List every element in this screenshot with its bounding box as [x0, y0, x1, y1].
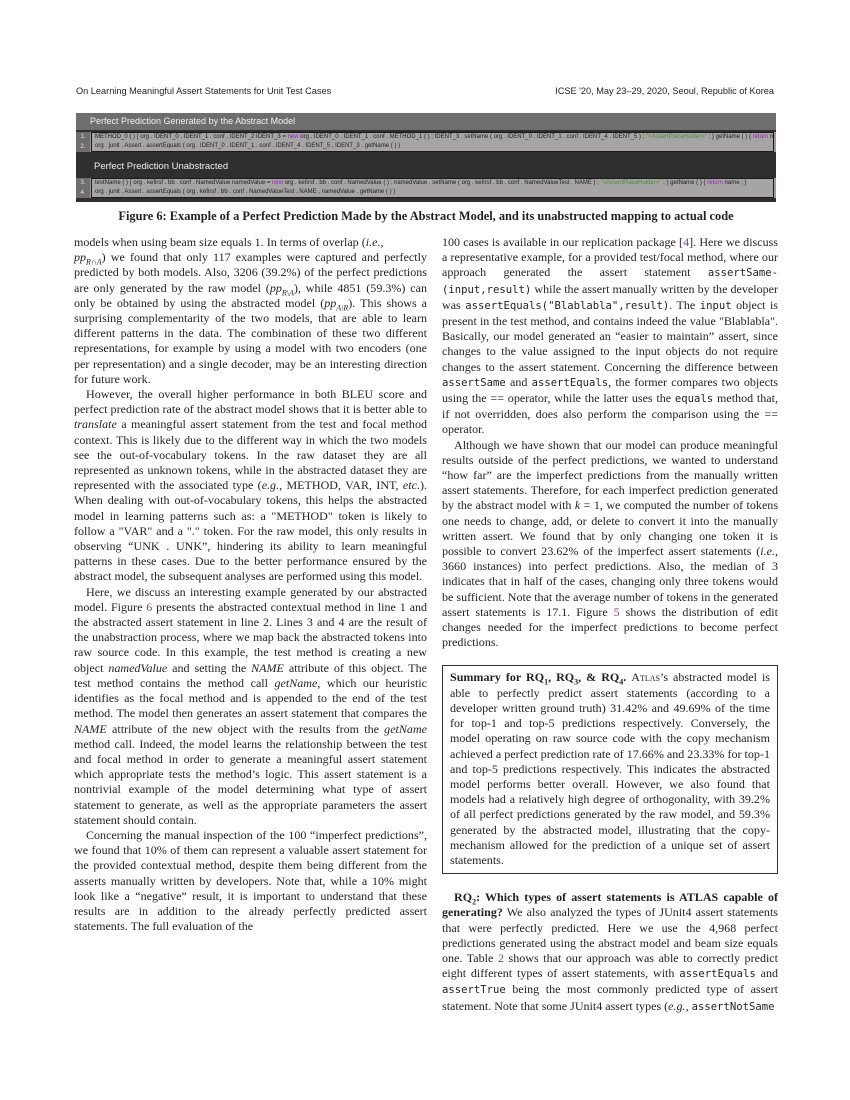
code-area: METHOD_0 ( ) { org . IDENT_0 . IDENT_1 .… — [91, 132, 774, 152]
string-literal: "<AssertPlaceHolder>" — [601, 180, 662, 186]
left-column: models when using beam size equals 1. In… — [74, 235, 427, 934]
figure-section-abstract-title: Perfect Prediction Generated by the Abst… — [76, 113, 776, 130]
paragraph: However, the overall higher performance … — [74, 387, 427, 585]
figure-section-unabstracted-title: Perfect Prediction Unabstracted — [76, 158, 776, 176]
line-number: 4. — [76, 188, 90, 198]
string-literal: "<AssertPlaceHolder>" — [646, 134, 707, 140]
summary-text: Summary for RQ1, RQ3, & RQ4. Atlas’s abs… — [450, 670, 770, 868]
code-line-3: testName ( ) { org . kefirsf . bb . conf… — [92, 179, 773, 188]
summary-title: Summary for RQ1, RQ3, & RQ4. — [450, 670, 626, 684]
keyword-return: return — [753, 134, 769, 140]
running-header: On Learning Meaningful Assert Statements… — [76, 86, 774, 96]
keyword-new: new — [272, 180, 283, 186]
line-number: 1. — [76, 132, 90, 142]
paragraph: 100 cases is available in our replicatio… — [442, 235, 778, 438]
paragraph: RQ2: Which types of assert statements is… — [442, 890, 778, 1015]
keyword-return: return — [707, 180, 723, 186]
line-number: 2. — [76, 142, 90, 152]
summary-box: Summary for RQ1, RQ3, & RQ4. Atlas’s abs… — [442, 665, 778, 874]
code-line-4: org . junit . Assert . assertEquals ( or… — [92, 188, 773, 197]
code-area: testName ( ) { org . kefirsf . bb . conf… — [91, 178, 774, 198]
line-number: 3. — [76, 178, 90, 188]
paragraph: Although we have shown that our model ca… — [442, 438, 778, 651]
figure-6: Perfect Prediction Generated by the Abst… — [76, 113, 776, 202]
header-venue: ICSE '20, May 23–29, 2020, Seoul, Republ… — [555, 86, 774, 96]
paragraph: models when using beam size equals 1. In… — [74, 235, 427, 387]
paragraph: Here, we discuss an interesting example … — [74, 585, 427, 828]
right-column: 100 cases is available in our replicatio… — [442, 235, 778, 1015]
header-paper-title: On Learning Meaningful Assert Statements… — [76, 86, 331, 96]
line-number-gutter: 3. 4. — [76, 178, 90, 198]
figure-caption: Figure 6: Example of a Perfect Predictio… — [76, 209, 776, 224]
code-line-2: org . junit . Assert . assertEquals ( or… — [92, 142, 773, 151]
unabstracted-code-block: 3. 4. testName ( ) { org . kefirsf . bb … — [76, 178, 776, 198]
abstract-code-block: 1. 2. METHOD_0 ( ) { org . IDENT_0 . IDE… — [76, 132, 776, 152]
line-number-gutter: 1. 2. — [76, 132, 90, 152]
code-line-1: METHOD_0 ( ) { org . IDENT_0 . IDENT_1 .… — [92, 133, 773, 142]
keyword-new: new — [288, 134, 299, 140]
paragraph: Concerning the manual inspection of the … — [74, 828, 427, 934]
